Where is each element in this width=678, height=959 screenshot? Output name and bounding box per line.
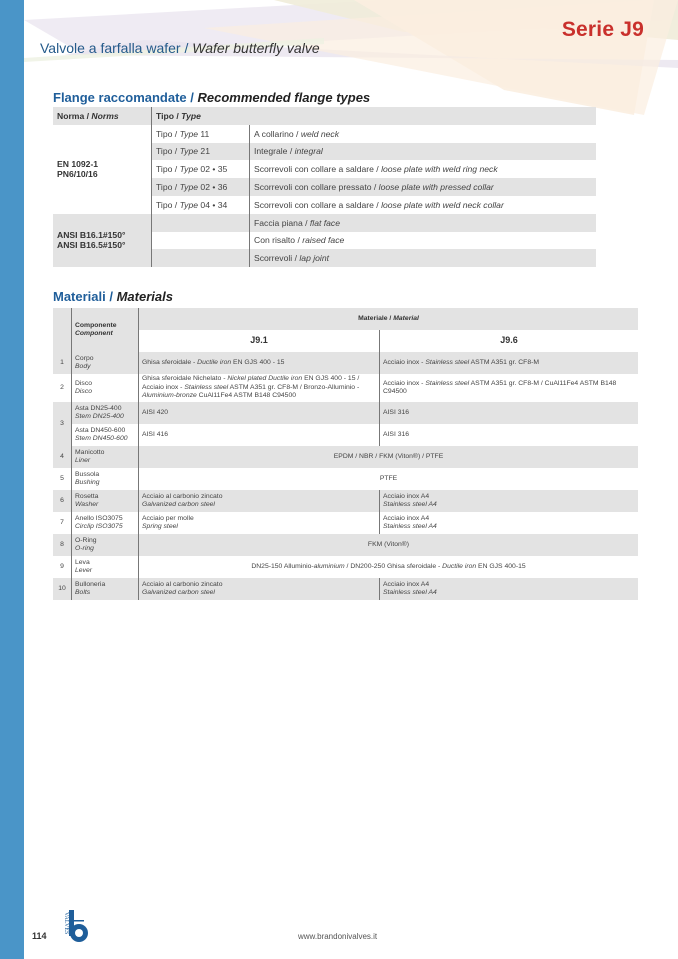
subtitle-italian: Valvole a farfalla wafer: [40, 40, 181, 56]
material-cell-j91: AISI 416: [139, 424, 380, 446]
material-cell-j96: Acciaio inox A4Stainless steel A4: [380, 512, 639, 534]
table-row: 3Asta DN25-400Stem DN25-400AISI 420AISI …: [53, 402, 638, 424]
table-row: 8O-RingO-ringFKM (Viton®): [53, 534, 638, 556]
description-cell: A collarino / weld neck: [250, 125, 597, 143]
row-number: 4: [53, 446, 72, 468]
material-cell-j96: Acciaio inox A4Stainless steel A4: [380, 490, 639, 512]
row-number: 2: [53, 374, 72, 402]
title-english: Recommended flange types: [198, 90, 371, 105]
flange-section-title: Flange raccomandate / Recommended flange…: [53, 90, 370, 105]
material-cell-j96: AISI 316: [380, 424, 639, 446]
title-italian: Flange raccomandate: [53, 90, 187, 105]
type-cell: Tipo / Type 11: [152, 125, 250, 143]
component-cell: BussolaBushing: [72, 468, 139, 490]
row-number: 1: [53, 352, 72, 374]
header-component: ComponenteComponent: [72, 308, 139, 352]
side-color-bar: [0, 0, 24, 959]
component-cell: Asta DN450-600Stem DN450-600: [72, 424, 139, 446]
component-cell: RosettaWasher: [72, 490, 139, 512]
table-row: 1CorpoBodyGhisa sferoidale - Ductile iro…: [53, 352, 638, 374]
subtitle-english: Wafer butterfly valve: [192, 40, 319, 56]
separator: /: [187, 90, 198, 105]
table-row: 7Anello ISO3075Circlip ISO3075Acciaio pe…: [53, 512, 638, 534]
component-cell: Asta DN25-400Stem DN25-400: [72, 402, 139, 424]
separator: /: [106, 289, 117, 304]
table-row: 4ManicottoLinerEPDM / NBR / FKM (Viton®)…: [53, 446, 638, 468]
description-cell: Scorrevoli / lap joint: [250, 249, 597, 267]
title-italian: Materiali: [53, 289, 106, 304]
material-cell-j96: Acciaio inox - Stainless steel ASTM A351…: [380, 374, 639, 402]
component-cell: O-RingO-ring: [72, 534, 139, 556]
page-number: 114: [32, 931, 47, 941]
description-cell: Con risalto / raised face: [250, 232, 597, 250]
table-subheader-row: J9.1 J9.6: [53, 330, 638, 352]
table-row: 10BulloneriaBoltsAcciaio al carbonio zin…: [53, 578, 638, 600]
component-cell: LevaLever: [72, 556, 139, 578]
page-subtitle: Valvole a farfalla wafer / Wafer butterf…: [40, 40, 320, 56]
component-cell: CorpoBody: [72, 352, 139, 374]
type-cell: Tipo / Type 02 • 36: [152, 178, 250, 196]
type-cell: Tipo / Type 04 • 34: [152, 196, 250, 214]
material-cell-merged: EPDM / NBR / FKM (Viton®) / PTFE: [139, 446, 639, 468]
norm-cell: EN 1092-1PN6/10/16: [53, 125, 152, 214]
material-cell-merged: DN25-150 Alluminio-aluminium / DN200-250…: [139, 556, 639, 578]
materials-table: ComponenteComponent Materiale / Material…: [53, 308, 638, 600]
separator: /: [181, 40, 193, 56]
row-number: 5: [53, 468, 72, 490]
header-j96: J9.6: [380, 330, 639, 352]
description-cell: Scorrevoli con collare a saldare / loose…: [250, 160, 597, 178]
table-header-row: Norma / Norms Tipo / Type: [53, 107, 596, 125]
website-link[interactable]: www.brandonivalves.it: [298, 932, 377, 941]
type-cell-empty: [152, 249, 250, 267]
flange-types-table: Norma / Norms Tipo / Type EN 1092-1PN6/1…: [53, 107, 596, 267]
material-cell-j96: AISI 316: [380, 402, 639, 424]
row-number: 7: [53, 512, 72, 534]
row-number: 10: [53, 578, 72, 600]
material-cell-j91: Ghisa sferoidale - Ductile iron EN GJS 4…: [139, 352, 380, 374]
material-cell-j91: AISI 420: [139, 402, 380, 424]
row-number: 6: [53, 490, 72, 512]
material-cell-j91: Acciaio al carbonio zincatoGalvanized ca…: [139, 490, 380, 512]
header-norms: Norma / Norms: [53, 107, 152, 125]
header-material: Materiale / Material: [139, 308, 639, 330]
component-cell: ManicottoLiner: [72, 446, 139, 468]
component-cell: DiscoDisco: [72, 374, 139, 402]
title-english: Materials: [117, 289, 173, 304]
header-number: [53, 308, 72, 352]
brandoni-valves-logo: VALVES: [60, 908, 92, 944]
row-number: 9: [53, 556, 72, 578]
materials-section-title: Materiali / Materials: [53, 289, 173, 304]
header-type: Tipo / Type: [152, 107, 597, 125]
material-cell-j91: Acciaio per molleSpring steel: [139, 512, 380, 534]
type-cell-empty: [152, 214, 250, 232]
material-cell-j96: Acciaio inox - Stainless steel ASTM A351…: [380, 352, 639, 374]
type-cell-empty: [152, 232, 250, 250]
table-row: Asta DN450-600Stem DN450-600AISI 416AISI…: [53, 424, 638, 446]
material-cell-j91: Acciaio al carbonio zincatoGalvanized ca…: [139, 578, 380, 600]
description-cell: Faccia piana / flat face: [250, 214, 597, 232]
svg-text:VALVES: VALVES: [63, 912, 69, 934]
table-row: EN 1092-1PN6/10/16 Tipo / Type 11 A coll…: [53, 125, 596, 143]
row-number: 8: [53, 534, 72, 556]
material-cell-j91: Ghisa sferoidale Nichelato - Nickel plat…: [139, 374, 380, 402]
table-row: 9LevaLeverDN25-150 Alluminio-aluminium /…: [53, 556, 638, 578]
table-header-row: ComponenteComponent Materiale / Material: [53, 308, 638, 330]
description-cell: Integrale / integral: [250, 143, 597, 161]
component-cell: BulloneriaBolts: [72, 578, 139, 600]
series-title: Serie J9: [562, 18, 644, 42]
table-row: 2DiscoDiscoGhisa sferoidale Nichelato - …: [53, 374, 638, 402]
type-cell: Tipo / Type 02 • 35: [152, 160, 250, 178]
material-cell-j96: Acciaio inox A4Stainless steel A4: [380, 578, 639, 600]
row-number: 3: [53, 402, 72, 446]
table-row: ANSI B16.1#150°ANSI B16.5#150° Faccia pi…: [53, 214, 596, 232]
type-cell: Tipo / Type 21: [152, 143, 250, 161]
table-row: 6RosettaWasherAcciaio al carbonio zincat…: [53, 490, 638, 512]
component-cell: Anello ISO3075Circlip ISO3075: [72, 512, 139, 534]
description-cell: Scorrevoli con collare a saldare / loose…: [250, 196, 597, 214]
norm-cell: ANSI B16.1#150°ANSI B16.5#150°: [53, 214, 152, 267]
table-row: 5BussolaBushingPTFE: [53, 468, 638, 490]
description-cell: Scorrevoli con collare pressato / loose …: [250, 178, 597, 196]
header-j91: J9.1: [139, 330, 380, 352]
material-cell-merged: FKM (Viton®): [139, 534, 639, 556]
material-cell-merged: PTFE: [139, 468, 639, 490]
